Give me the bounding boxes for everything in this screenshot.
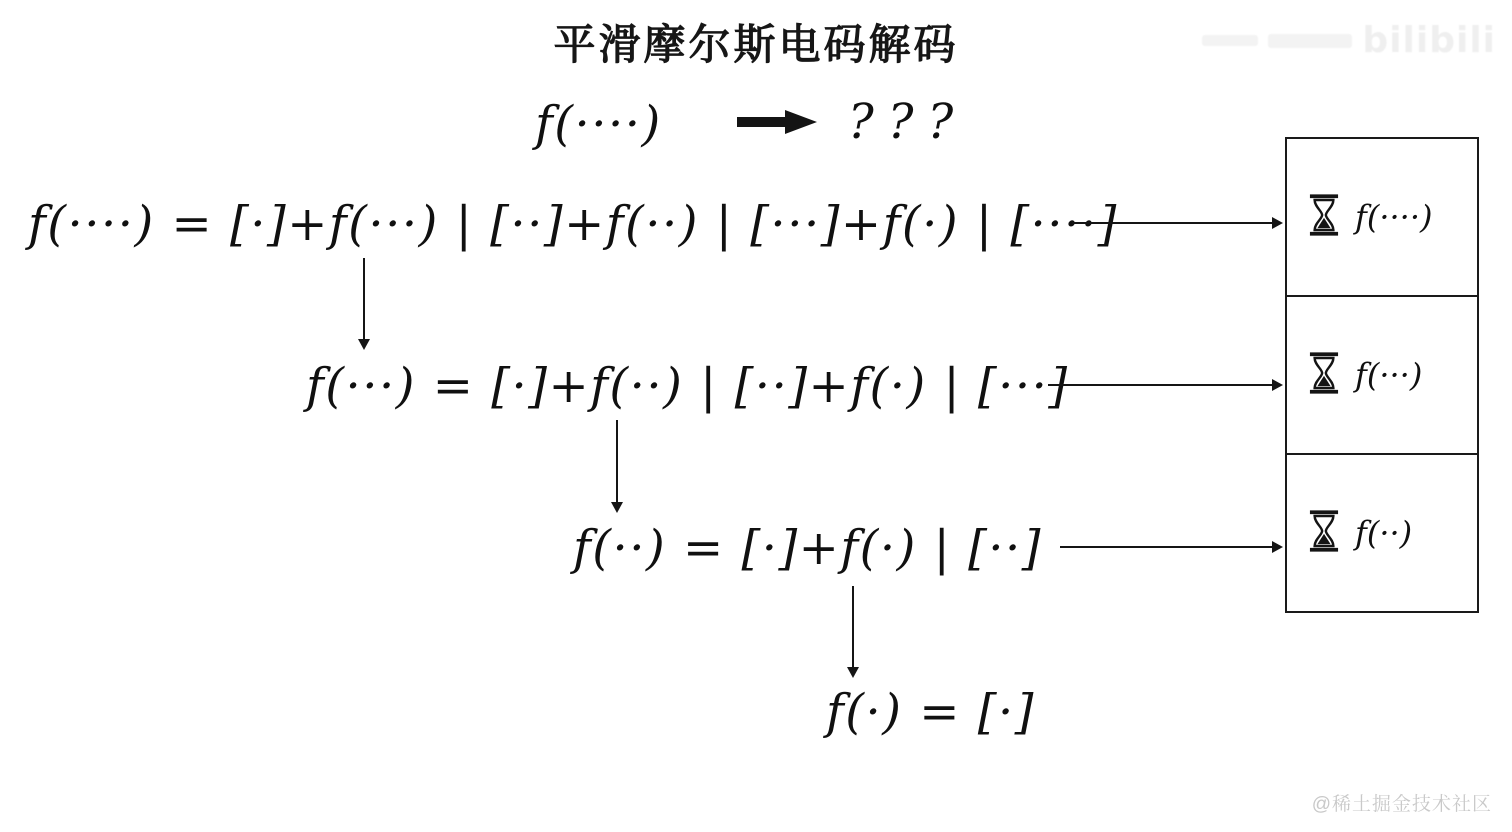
flow-arrow-to-memo-2 — [1048, 384, 1273, 386]
memo-box-stack: f(····) f(···) — [1285, 137, 1479, 613]
memo-label-3: f(··) — [1355, 514, 1412, 552]
watermark-username-blur — [1268, 34, 1352, 48]
bilibili-logo: bilibili — [1362, 20, 1496, 61]
memo-box-3: f(··) — [1285, 453, 1479, 613]
hourglass-icon — [1309, 509, 1339, 557]
recursion-arrow-1 — [363, 258, 365, 340]
memo-box-1: f(····) — [1285, 137, 1479, 297]
flow-arrow-to-memo-1 — [1072, 222, 1273, 224]
equation-line-4: f(·) = [·] — [826, 682, 1035, 742]
hourglass-icon — [1309, 193, 1339, 241]
problem-lhs: f(····) — [535, 94, 662, 154]
memo-box-2: f(···) — [1285, 295, 1479, 455]
equation-line-1: f(····) = [·]+f(···) | [··]+f(··) | [···… — [28, 194, 1118, 254]
recursion-arrow-3 — [852, 586, 854, 668]
juejin-watermark: @稀土掘金技术社区 — [1312, 789, 1492, 816]
bilibili-watermark: bilibili — [1202, 20, 1496, 61]
memo-label-1: f(····) — [1355, 198, 1433, 236]
memo-label-2: f(···) — [1355, 356, 1422, 394]
equation-line-3: f(··) = [·]+f(·) | [··] — [573, 518, 1042, 578]
solid-right-arrow-icon — [737, 107, 817, 141]
recursion-arrow-2 — [616, 420, 618, 503]
video-frame-diagram: 平滑摩尔斯电码解码 f(····) ??? f(····) = [·]+f(··… — [0, 0, 1512, 832]
flow-arrow-to-memo-3 — [1060, 546, 1273, 548]
problem-result: ??? — [848, 92, 967, 152]
hourglass-icon — [1309, 351, 1339, 399]
equation-line-2: f(···) = [·]+f(··) | [··]+f(·) | [···] — [306, 356, 1069, 416]
watermark-username-blur — [1202, 35, 1258, 46]
